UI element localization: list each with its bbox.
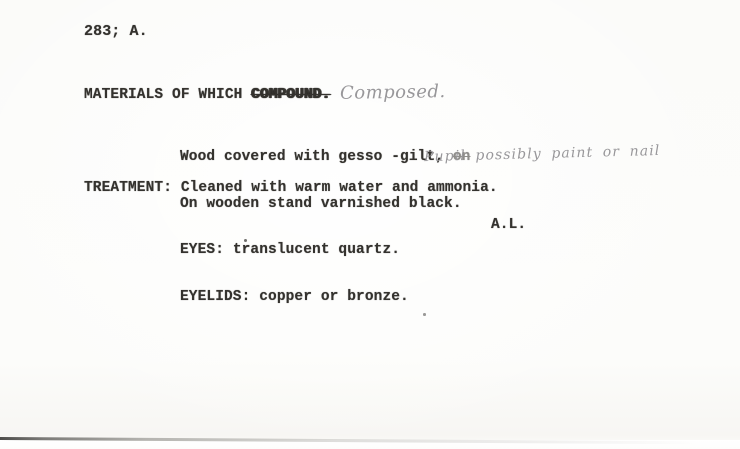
treatment-label: TREATMENT: <box>84 180 172 196</box>
material-line-wood-text: Wood covered with gesso -gilt, <box>180 149 453 165</box>
eyes-label: EYES: <box>180 242 224 258</box>
material-line-eyes: EYES: translucent quartz. <box>180 243 470 259</box>
ink-speck <box>244 239 247 242</box>
heading-struck-word: COMPOUND. <box>251 87 330 103</box>
handwritten-correction: Composed. <box>340 81 446 104</box>
catalog-card: 283; A. MATERIALS OF WHICH COMPOUND. Com… <box>0 0 740 449</box>
material-line-eyelids: EYELIDS: copper or bronze. <box>180 290 470 306</box>
reference-number: 283; A. <box>84 24 148 40</box>
material-line-stand: On wooden stand varnished black. <box>180 197 470 213</box>
eyes-value: translucent quartz. <box>224 242 400 258</box>
treatment-value: Cleaned with warm water and ammonia. <box>172 180 498 196</box>
eyelids-label: EYELIDS: <box>180 289 250 305</box>
cataloguer-initials: A.L. <box>491 218 526 234</box>
materials-heading: MATERIALS OF WHICH COMPOUND. <box>84 88 330 104</box>
treatment-line: TREATMENT: Cleaned with warm water and a… <box>84 181 498 197</box>
ink-speck <box>423 313 426 316</box>
heading-typed-text: MATERIALS OF WHICH <box>84 87 251 103</box>
eyelids-value: copper or bronze. <box>250 289 408 305</box>
